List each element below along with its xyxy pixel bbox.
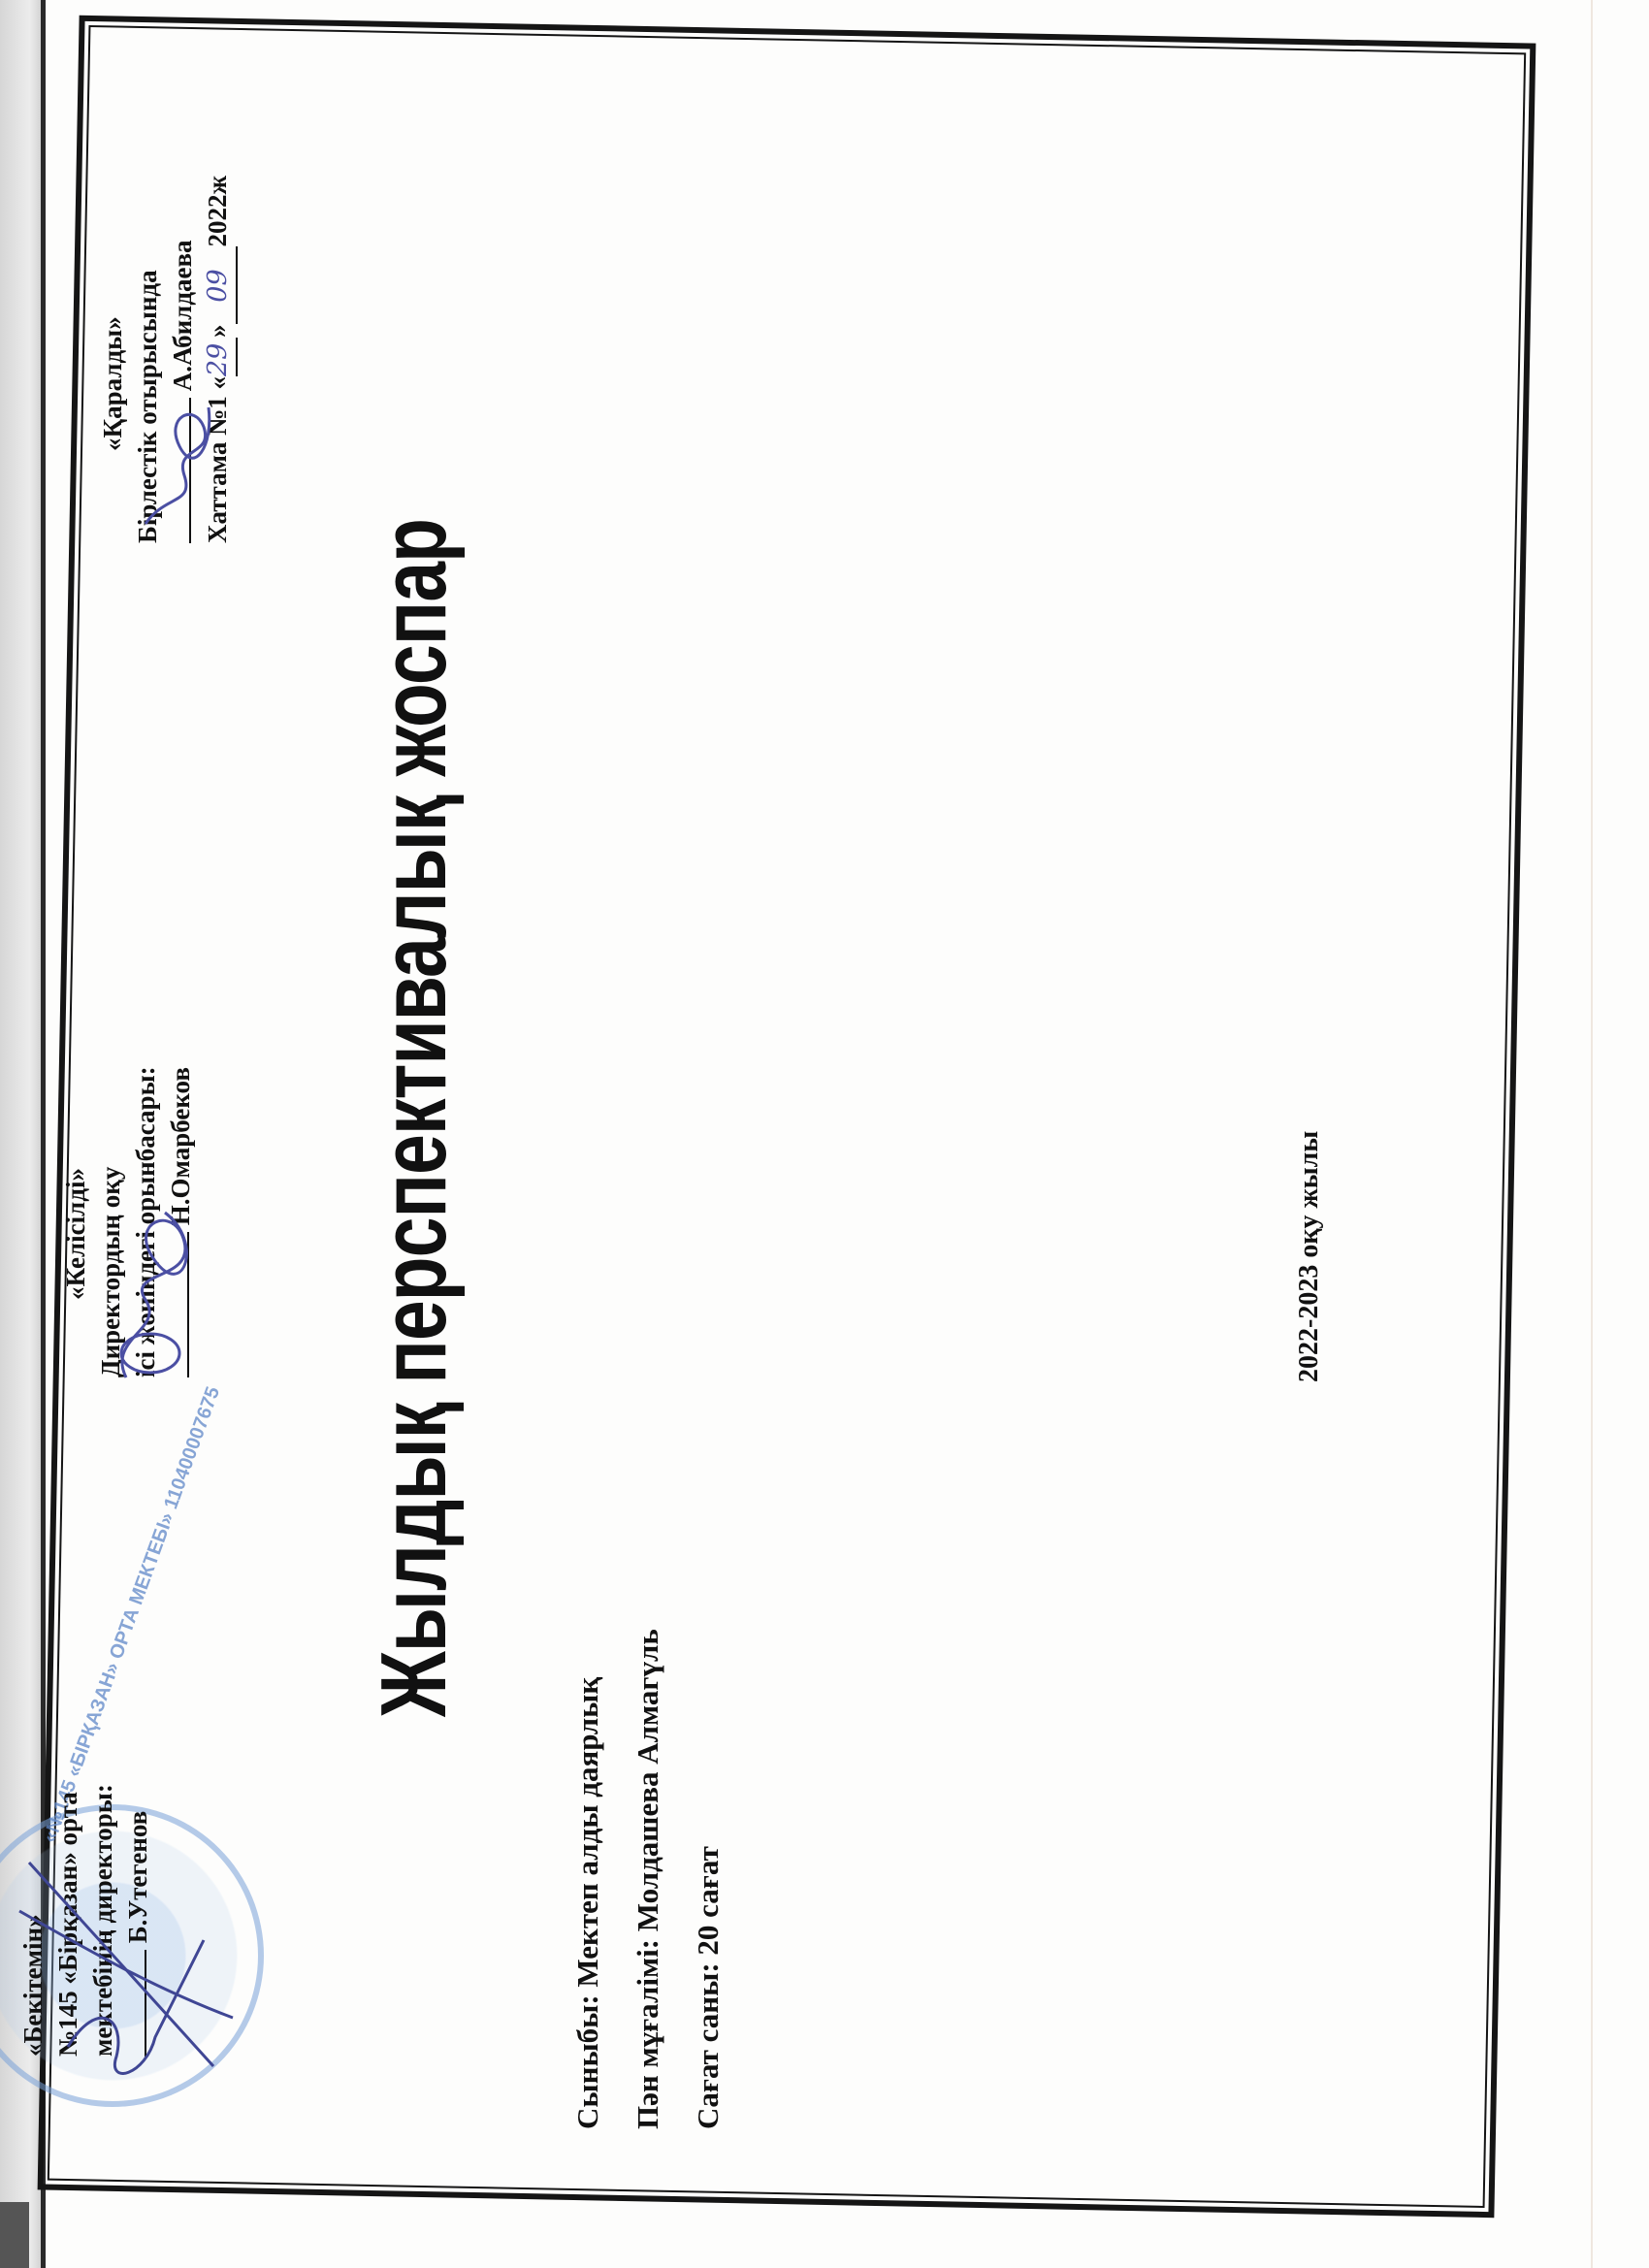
plan-info: Сыныбы: Мектеп алды даярлық Пән мұғалімі…	[558, 1629, 738, 2129]
agreed-signature	[107, 1183, 213, 1397]
protocol-month: 09	[201, 247, 238, 325]
reviewed-signatory-name: А.Абилдаева	[168, 240, 197, 391]
class-line: Сыныбы: Мектеп алды даярлық	[558, 1629, 618, 2129]
academic-year: 2022-2023 оқу жылы	[1294, 1131, 1325, 1382]
teacher-line: Пән мұғалімі: Молдашева Алмагүль	[618, 1629, 678, 2129]
document-title: Жылдық перспективалық жоспар	[361, 519, 468, 1717]
protocol-year: 2022ж	[203, 176, 232, 247]
agreed-heading: «Келісілді»	[58, 1066, 93, 1377]
scanner-corner-shadow	[0, 2202, 29, 2268]
protocol-day: 29	[201, 338, 238, 376]
reviewed-heading: «Қаралды»	[95, 176, 130, 543]
protocol-separator: »	[203, 325, 232, 339]
approved-signature	[10, 1824, 242, 2115]
paper-right-edge	[1591, 0, 1593, 2268]
reviewed-signature	[136, 388, 223, 534]
page-double-border	[38, 16, 1536, 2218]
hours-line: Сағат саны: 20 сағат	[678, 1629, 738, 2129]
